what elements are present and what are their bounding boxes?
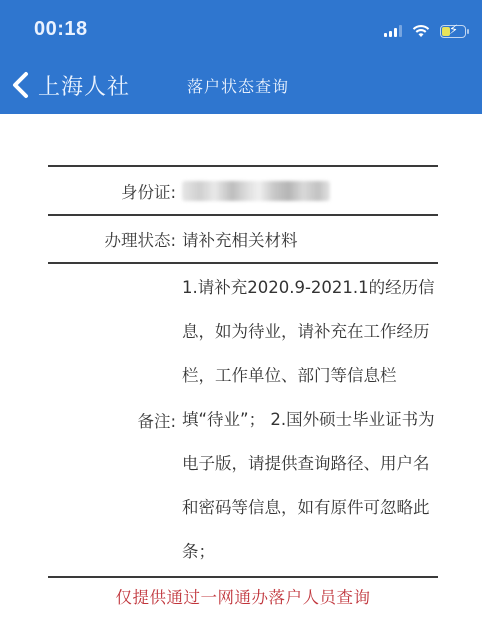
status-icons: ⚡: [384, 22, 466, 40]
battery-charging-icon: ⚡: [440, 25, 466, 38]
id-row: 身份证:: [48, 167, 438, 214]
status-row: 办理状态: 请补充相关材料: [48, 216, 438, 262]
status-value: 请补充相关材料: [176, 227, 298, 251]
id-label: 身份证:: [48, 179, 176, 203]
chevron-left-icon: [8, 70, 34, 100]
notes-value: 1.请补充2020.9-2021.1的经历信息，如为待业，请补充在工作经历栏，工…: [176, 266, 438, 574]
status-time: 00:18: [34, 18, 88, 41]
divider: [48, 576, 438, 578]
status-label: 办理状态:: [48, 227, 176, 251]
status-record: 身份证: 办理状态: 请补充相关材料 备注: 1.请补充2020.9-2021.…: [48, 165, 438, 608]
page-title: 落户状态查询: [187, 74, 289, 97]
signal-icon: [384, 25, 402, 37]
id-value: [176, 180, 330, 201]
back-button[interactable]: 上海人社: [8, 68, 130, 102]
footer-note: 仅提供通过一网通办落户人员查询: [48, 584, 438, 608]
app-header: 00:18 ⚡ 上海人社 落户状态查询: [0, 0, 482, 114]
notes-row: 备注: 1.请补充2020.9-2021.1的经历信息，如为待业，请补充在工作经…: [48, 264, 438, 576]
wifi-icon: [412, 24, 430, 38]
notes-label: 备注:: [48, 408, 176, 432]
redacted-id: [182, 181, 330, 201]
back-label: 上海人社: [38, 70, 130, 101]
